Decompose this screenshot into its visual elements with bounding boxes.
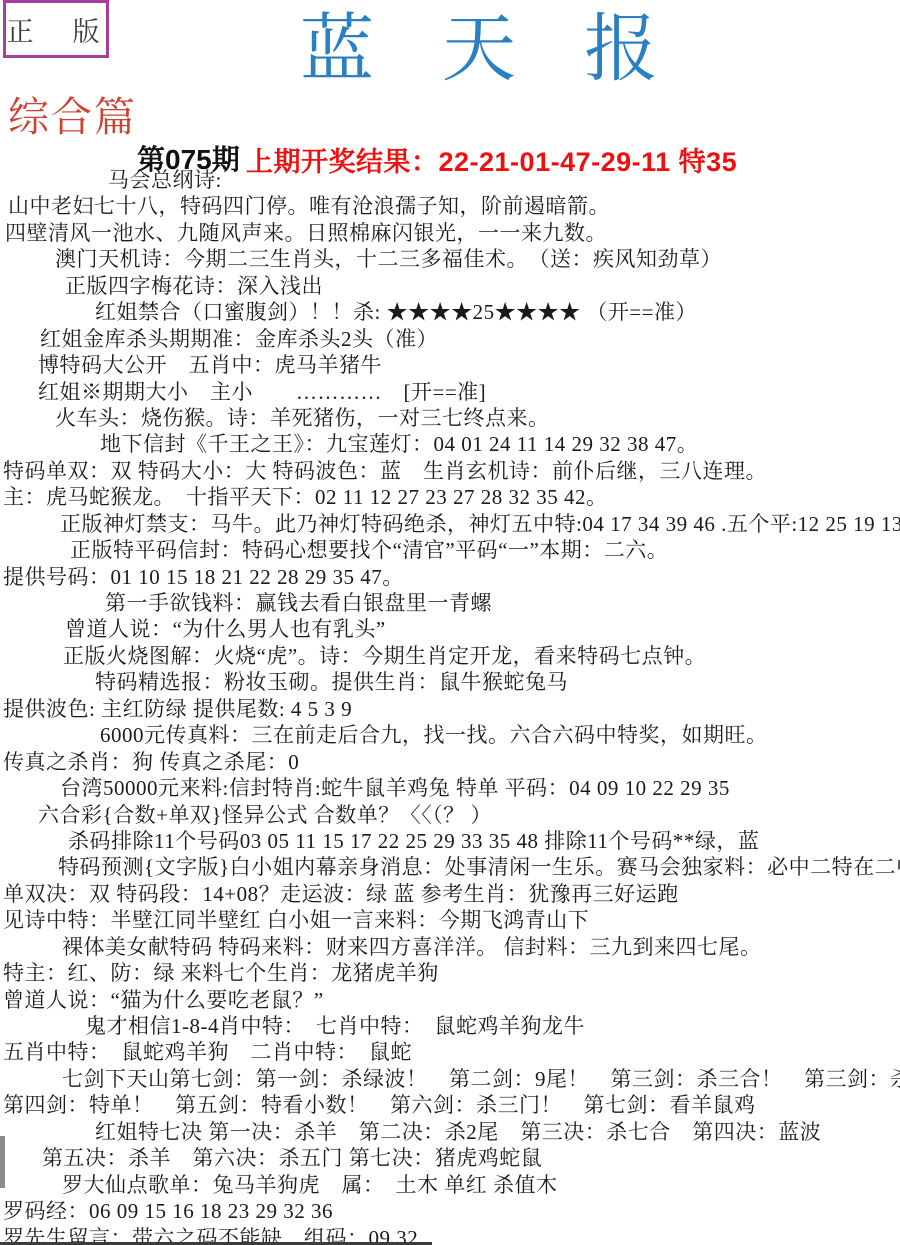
report-line: 特码精选报：粉妆玉砌。提供生肖：鼠牛猴蛇兔马: [0, 669, 900, 695]
report-line: 正版四字梅花诗：深入浅出: [0, 273, 900, 299]
report-line: 澳门天机诗：今期二三生肖头，十二三多福佳术。 （送：疾风知劲草）: [0, 246, 900, 272]
report-line: 见诗中特：半壁江同半壁红 白小姐一言来料：今期飞鸿青山下: [0, 907, 900, 933]
report-line: 地下信封《千王之王》：九宝莲灯：04 01 24 11 14 29 32 38 …: [0, 431, 900, 457]
title-char: 报: [584, 8, 658, 92]
report-line: 山中老妇七十八，特码四门停。唯有沧浪孺子知，阶前遏暗箭。: [0, 193, 900, 219]
report-line: 裸体美女献特码 特码来料：财来四方喜洋洋。 信封料：三九到来四七尾。: [0, 934, 900, 960]
report-line: 特主：红、防：绿 来料七个生肖：龙猪虎羊狗: [0, 960, 900, 986]
report-line: 红姐特七决 第一决：杀羊 第二决：杀2尾 第三决：杀七合 第四决：蓝波: [0, 1119, 900, 1145]
edition-badge: 正 版: [3, 0, 109, 58]
title-char: 蓝: [300, 8, 374, 92]
report-line: 提供号码：01 10 15 18 21 22 28 29 35 47。: [0, 564, 900, 590]
report-line: 单双决：双 特码段：14+08？走运波：绿 蓝 参考生肖：犹豫再三好运跑: [0, 881, 900, 907]
report-line: 正版神灯禁支：马牛。此乃神灯特码绝杀，神灯五中特:04 17 34 39 46 …: [0, 511, 900, 537]
report-title: 蓝 天 报: [300, 8, 658, 92]
report-body: 马会总纲诗:山中老妇七十八，特码四门停。唯有沧浪孺子知，阶前遏暗箭。四壁清风一池…: [0, 167, 900, 1245]
lantian-report-page: 正 版 蓝 天 报 综合篇 第075期 上期开奖结果：22-21-01-47-2…: [0, 0, 900, 1245]
report-line: 杀码排除11个号码03 05 11 15 17 22 25 29 33 35 4…: [0, 828, 900, 854]
title-char: 天: [442, 8, 516, 92]
report-line: 六合彩{合数+单双}怪异公式 合数单？〈〈（？ ）: [0, 802, 900, 828]
report-line: 第四剑：特单！ 第五剑：特看小数！ 第六剑：杀三门！ 第七剑：看羊鼠鸡: [0, 1092, 900, 1118]
report-line: 曾道人说：“为什么男人也有乳头”: [0, 616, 900, 642]
report-line: 主：虎马蛇猴龙。 十指平天下：02 11 12 27 23 27 28 32 3…: [0, 484, 900, 510]
report-line: 五肖中特： 鼠蛇鸡羊狗 二肖中特： 鼠蛇: [0, 1039, 900, 1065]
report-line: 罗大仙点歌单：兔马羊狗虎 属： 土木 单红 杀值木: [0, 1172, 900, 1198]
report-line: 罗码经：06 09 15 16 18 23 29 32 36: [0, 1198, 900, 1224]
report-line: 火车头：烧伤猴。诗：羊死猪伤，一对三七终点来。: [0, 405, 900, 431]
section-title: 综合篇: [8, 94, 137, 140]
report-line: 曾道人说：“猫为什么要吃老鼠？”: [0, 987, 900, 1013]
report-line: 四壁清风一池水、九随风声来。日照棉麻闪银光，一一来九数。: [0, 220, 900, 246]
report-line: 特码预测{文字版}白小姐内幕亲身消息：处事清闲一生乐。赛马会独家料：必中二特在二…: [0, 854, 900, 880]
report-line: 第一手欲钱料：赢钱去看白银盘里一青螺: [0, 590, 900, 616]
report-line: 特码单双：双 特码大小：大 特码波色：蓝 生肖玄机诗：前仆后继，三八连理。: [0, 458, 900, 484]
report-line: 第五决：杀羊 第六决：杀五门 第七决：猪虎鸡蛇鼠: [0, 1145, 900, 1171]
report-line: 红姐金库杀头期期准：金库杀头2头（准）: [0, 326, 900, 352]
report-line: 红姐禁合（口蜜腹剑）！！杀: ★★★★25★★★★ （开==准）: [0, 299, 900, 325]
report-line: 红姐※期期大小 主小 ………… [开==准]: [0, 379, 900, 405]
report-line: 台湾50000元来料:信封特肖:蛇牛鼠羊鸡兔 特单 平码：04 09 10 22…: [0, 775, 900, 801]
report-line: 正版火烧图解：火烧“虎”。诗：今期生肖定开龙，看来特码七点钟。: [0, 643, 900, 669]
report-line: 博特码大公开 五肖中：虎马羊猪牛: [0, 352, 900, 378]
scan-artifact: [0, 1136, 5, 1188]
report-line: 马会总纲诗:: [0, 167, 900, 193]
report-line: 七剑下天山第七剑：第一剑：杀绿波！ 第二剑：9尾！ 第三剑：杀三合！ 第三剑：杀…: [0, 1066, 900, 1092]
report-line: 正版特平码信封：特码心想要找个“清官”平码“一”本期：二六。: [0, 537, 900, 563]
report-line: 传真之杀肖：狗 传真之杀尾：0: [0, 749, 900, 775]
report-line: 鬼才相信1-8-4肖中特： 七肖中特： 鼠蛇鸡羊狗龙牛: [0, 1013, 900, 1039]
report-line: 提供波色: 主红防绿 提供尾数: 4 5 3 9: [0, 696, 900, 722]
report-line: 6000元传真料：三在前走后合九，找一找。六合六码中特奖，如期旺。: [0, 722, 900, 748]
edition-badge-label: 正 版: [7, 10, 106, 49]
